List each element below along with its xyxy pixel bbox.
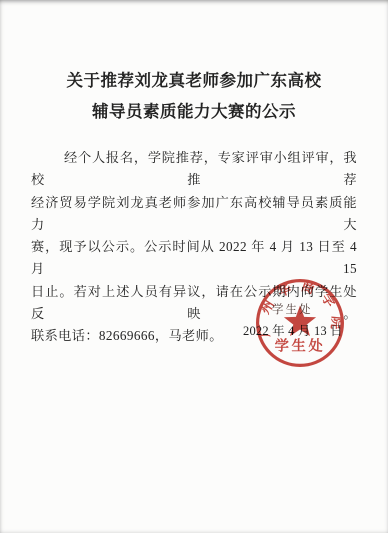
document-title: 关于推荐刘龙真老师参加广东高校 辅导员素质能力大赛的公示 <box>0 0 388 122</box>
star-icon <box>284 306 316 337</box>
body-line: 经个人报名，学院推荐，专家评审小组评审，我校推荐 <box>31 147 357 192</box>
official-seal: 广州华商学院 学生处 <box>247 270 353 376</box>
seal-bottom-text: 学生处 <box>275 337 326 355</box>
scanned-notice-page: 关于推荐刘龙真老师参加广东高校 辅导员素质能力大赛的公示 经个人报名，学院推荐，… <box>0 0 388 533</box>
title-line-1: 关于推荐刘龙真老师参加广东高校 <box>0 71 388 91</box>
body-line: 经济贸易学院刘龙真老师参加广东高校辅导员素质能力大 <box>31 192 357 237</box>
title-line-2: 辅导员素质能力大赛的公示 <box>0 102 388 122</box>
